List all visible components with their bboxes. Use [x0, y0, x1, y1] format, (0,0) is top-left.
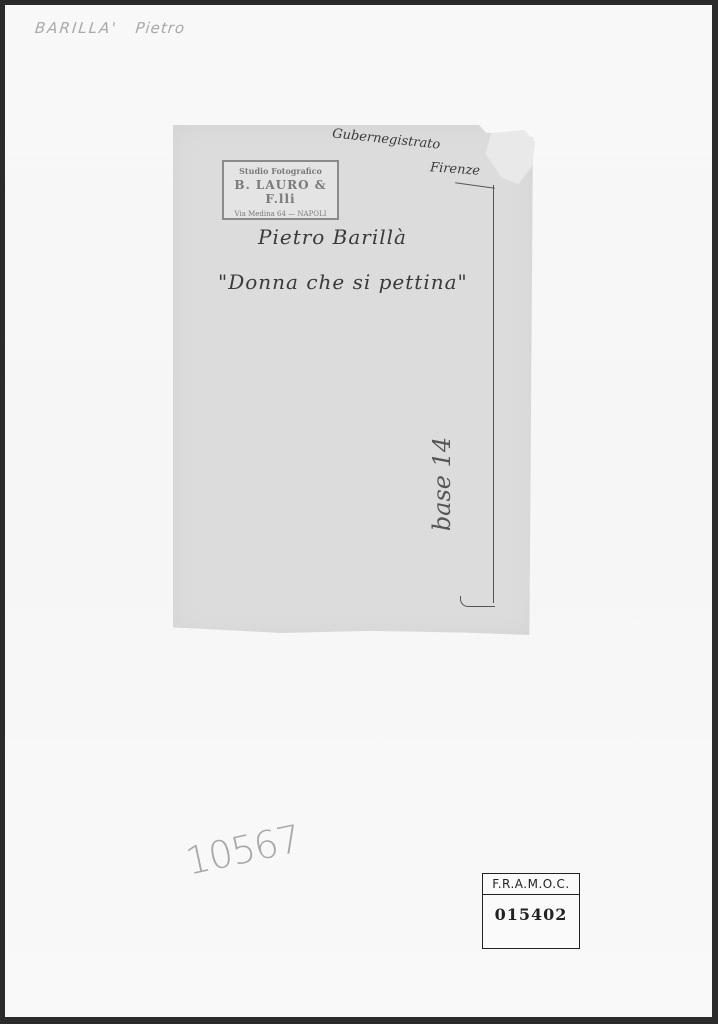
- stamp-line-1: Studio Fotografico: [224, 166, 337, 176]
- note-artwork-title: "Donna che si pettina": [218, 270, 468, 294]
- archive-stamp: F.R.A.M.O.C. 015402: [482, 873, 580, 949]
- archive-organization: F.R.A.M.O.C.: [483, 874, 579, 895]
- measure-line: [475, 185, 494, 603]
- pencil-given-name: Pietro: [135, 19, 187, 37]
- stamp-line-2: B. LAURO & F.lli: [224, 178, 337, 206]
- pencil-header: BARILLA'Pietro: [34, 19, 186, 37]
- measure-line-bottom: [460, 596, 495, 607]
- archive-code: 015402: [483, 905, 579, 924]
- photographer-stamp: Studio Fotografico B. LAURO & F.lli Via …: [222, 160, 339, 220]
- stamp-line-3: Via Medina 64 — NAPOLI: [224, 210, 337, 218]
- note-side-measure: base 14: [428, 437, 456, 531]
- pencil-surname: BARILLA': [34, 19, 118, 37]
- note-artist-name: Pietro Barillà: [258, 225, 407, 249]
